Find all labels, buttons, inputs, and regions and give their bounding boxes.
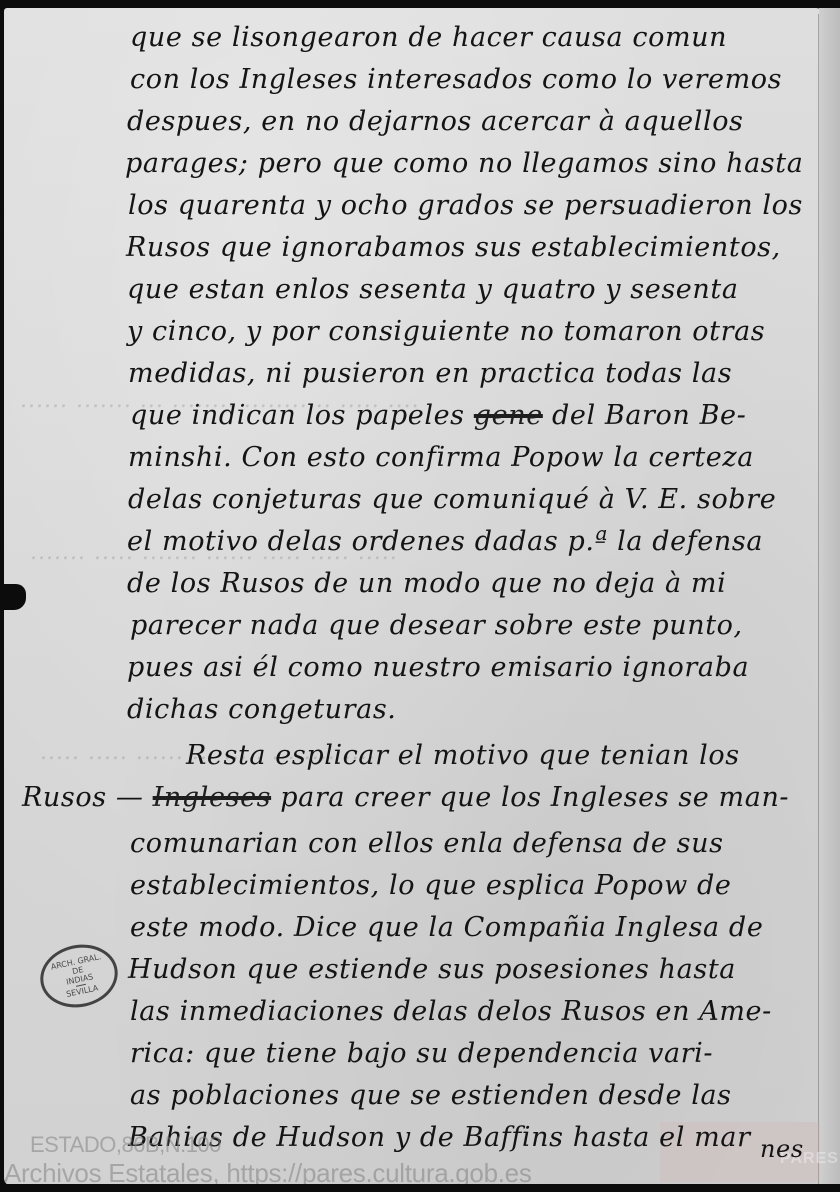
manuscript-text: que se lisongearon de hacer causa comun … bbox=[0, 0, 840, 1192]
text-line: que estan enlos sesenta y quatro y sesen… bbox=[127, 274, 739, 305]
text-line: este modo. Dice que la Compañia Inglesa … bbox=[130, 912, 763, 943]
scan-bottom-edge bbox=[0, 1184, 840, 1192]
text-line: rica: que tiene bajo su dependencia vari… bbox=[130, 1038, 713, 1069]
text-line: Rusos que ignorabamos sus establecimient… bbox=[126, 232, 781, 263]
reference-watermark: ESTADO,86B,N.100 bbox=[30, 1132, 221, 1158]
text-line: dichas congeturas. bbox=[127, 694, 396, 725]
text-line: Rusos — Ingleses para creer que los Ingl… bbox=[22, 782, 789, 813]
text-segment: que indican los papeles bbox=[130, 400, 465, 431]
struck-word: Ingleses bbox=[153, 782, 271, 813]
text-line: despues, en no dejarnos acercar à aquell… bbox=[127, 106, 744, 137]
text-line: que indican los papeles gene del Baron B… bbox=[130, 400, 746, 431]
text-line: as poblaciones que se estienden desde la… bbox=[130, 1080, 732, 1111]
text-line: delas conjeturas que comuniqué à V. E. s… bbox=[128, 484, 776, 515]
text-line: los quarenta y ocho grados se persuadier… bbox=[128, 190, 803, 221]
text-line: con los Ingleses interesados como lo ver… bbox=[130, 64, 782, 95]
text-segment: para creer que los Ingleses se man- bbox=[280, 782, 789, 813]
text-line: y cinco, y por consiguiente no tomaron o… bbox=[127, 316, 765, 347]
text-line: las inmediaciones delas delos Rusos en A… bbox=[130, 996, 772, 1027]
text-line: de los Rusos de un modo que no deja à mi bbox=[127, 568, 726, 599]
text-line: el motivo delas ordenes dadas p.ª la def… bbox=[127, 526, 763, 557]
text-line: parages; pero que como no llegamos sino … bbox=[125, 148, 803, 179]
text-line: parecer nada que desear sobre este punto… bbox=[130, 610, 743, 641]
paragraph-start-line: Resta esplicar el motivo que tenian los bbox=[186, 740, 740, 771]
text-segment: del Baron Be- bbox=[552, 400, 746, 431]
text-line: que se lisongearon de hacer causa comun bbox=[130, 22, 727, 53]
struck-word: gene bbox=[474, 400, 543, 431]
text-line: medidas, ni pusieron en practica todas l… bbox=[128, 358, 732, 389]
text-line: comunarian con ellos enla defensa de sus bbox=[130, 828, 724, 859]
text-line: minshi. Con esto confirma Popow la certe… bbox=[128, 442, 754, 473]
text-line: Bahias de Hudson y de Baffins hasta el m… bbox=[128, 1122, 751, 1153]
text-line: pues asi él como nuestro emisario ignora… bbox=[127, 652, 749, 683]
text-line: establecimientos, lo que esplica Popow d… bbox=[130, 870, 732, 901]
text-line: Hudson que estiende sus posesiones hasta bbox=[128, 954, 736, 985]
text-segment: Rusos — bbox=[22, 782, 143, 813]
catchword: nes bbox=[760, 1135, 804, 1163]
